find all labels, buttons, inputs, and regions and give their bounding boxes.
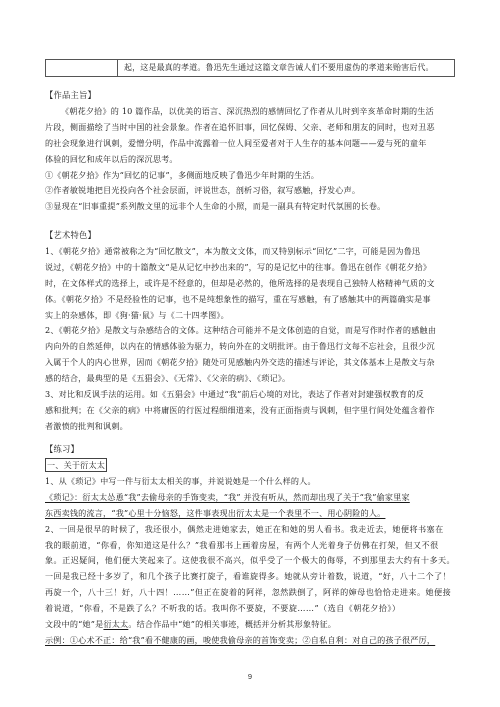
summary-table-row: 起，这是最真的孝道。鲁迅先生通过这篇文章告诫人们不要用虚伪的孝道来贻害后代。 (45, 59, 455, 77)
practice-a1-line-1: 《琐记》：衍太太怂恿“我”去偷母亲的手饰变卖，“我” 并没有听从，然而却出现了关… (45, 490, 457, 506)
art-item3-line-3: 者激愤的批判和讽刺。 (45, 419, 457, 435)
art-section: 【艺术特色】 1、《朝花夕拾》通常被称之为“回忆散文”，本为散文文体，而又特别标… (45, 228, 457, 435)
practice-excerpt-line-4: 一回是我已经十多岁了，和几个孩子比赛打旋子，看谁旋得多。她就从旁计着数，说道，“… (45, 569, 457, 585)
theme-line-1: 《朝花夕拾》的 10 篇作品，以优美的语言、深沉热烈的感情回忆了作者从儿时到辛亥… (45, 104, 457, 120)
practice-heading: 【练习】 (45, 442, 457, 458)
practice-excerpt-line-6: 着说道，“你看，不是跌了么？不听我的话。我叫你不要旋，不要旋……”（选自《朝花夕… (45, 601, 457, 617)
art-item2-line-1: 2、《朝花夕拾》是散文与杂感结合的文体。这种结合可能并不是文体创造的自觉，而是写… (45, 323, 457, 339)
art-item3-line-2: 感和批判；在《父亲的病》中将庸医的行医过程细细道来，没有正面指责与讽刺，但字里行… (45, 403, 457, 419)
practice-a1-line-2: 东西卖钱的流言，“我”心里十分恼怒，这件事表现出衍太太是一个表里不一、用心阴险的… (45, 506, 457, 522)
art-item2-line-4: 感的结合，最典型的是《五猖会》、《无常》、《父亲的病》、《琐记》。 (45, 371, 457, 387)
document-page: 起，这是最真的孝道。鲁迅先生通过这篇文章告诫人们不要用虚伪的孝道来贻害后代。 【… (0, 0, 500, 707)
practice-q2-suffix: 。结合作品中“她”的相关事迹，概括并分析其形象特征。 (128, 619, 336, 629)
practice-q1: 1、从《琐记》中写一件与衍太太相关的事，并说说她是一个什么样的人。 (45, 474, 457, 490)
theme-section: 【作品主旨】 《朝花夕拾》的 10 篇作品，以优美的语言、深沉热烈的感情回忆了作… (45, 88, 457, 215)
art-heading: 【艺术特色】 (45, 228, 457, 244)
theme-line-4: 体验的回忆和成年以后的深沉思考。 (45, 152, 457, 168)
table-cell-empty (46, 60, 118, 76)
theme-line-2: 片段，侧面描绘了当时中国的社会景象。作者在追怀旧事，回忆保姆、父亲、老师和朋友的… (45, 120, 457, 136)
theme-point-1: ①《朝花夕拾》作为“回忆的记事”，多侧面地反映了鲁迅少年时期的生活。 (45, 168, 457, 184)
art-item1-line-2: 说过，《朝花夕拾》中的十篇散文“是从记忆中抄出来的”，写的是记忆中的往事。鲁迅在… (45, 260, 457, 276)
practice-q2-blank-answer: 衍太太 (103, 619, 128, 629)
theme-line-3: 的社会现象进行讽刺，爱憎分明，作品中流露着一位人间至爱者对于人生存的基本问题——… (45, 136, 457, 152)
theme-heading: 【作品主旨】 (45, 88, 457, 104)
practice-excerpt-line-2: 我的眼前道，“你看，你知道这是什么？”我看那书上画着房屋，有两个人光着身子仿佛在… (45, 538, 457, 554)
page-number: 9 (0, 672, 500, 681)
practice-excerpt-line-3: 象。正迟疑间，他们便大笑起来了。这使我很不高兴，似乎受了一个极大的侮辱，不到那里… (45, 553, 457, 569)
practice-q2-answer: 示例：①心术不正：给“我”看不健康的画，唆使我偷母亲的首饰变卖；②自私自利：对自… (45, 633, 457, 649)
practice-excerpt-line-1: 2、一回是很早的时候了，我还很小，偶然走进她家去，她正在和她的男人看书。我走近去… (45, 522, 457, 538)
art-item1-line-4: 体。《朝花夕拾》不是经验性的记事，也不是纯想象性的描写，重在写感触，有了感触其中… (45, 292, 457, 308)
art-item2-line-2: 内向外的自然延伸，以内在的情感体验为驱力，转向外在的文明批评。由于鲁迅行文每不忘… (45, 339, 457, 355)
practice-q2-prefix: 文段中的“她”是 (45, 619, 103, 629)
theme-point-2: ②作者敏锐地把目光投向各个社会层面，评说世态，剖析习俗，叙写感触，抒发心声。 (45, 183, 457, 199)
practice-section-title: 一、关于衍太太 (45, 458, 107, 472)
art-item1-line-5: 实上的杂感体，即《狗·猫·鼠》与《二十四孝图》。 (45, 308, 457, 324)
table-cell-text: 起，这是最真的孝道。鲁迅先生通过这篇文章告诫人们不要用虚伪的孝道来贻害后代。 (118, 60, 454, 76)
art-item1-line-1: 1、《朝花夕拾》通常被称之为“回忆散文”，本为散文文体，而又特别标示“回忆”二字… (45, 244, 457, 260)
practice-q2-prompt: 文段中的“她”是衍太太。结合作品中“她”的相关事迹，概括并分析其形象特征。 (45, 617, 457, 633)
practice-excerpt-line-5: 再旋一个，八十三！好，八十四！……”但正在旋着的阿祥，忽然跌倒了，阿祥的婶母也恰… (45, 585, 457, 601)
theme-point-3: ③显现在“旧事重提”系列散文里的远非个人生命的小照，而是一副具有特定时代氛围的长… (45, 199, 457, 215)
art-item1-line-3: 时，在文体样式的选择上，或许是不经意的，但却是必然的，他所选择的是表现自己独特人… (45, 276, 457, 292)
art-item3-line-1: 3、对比和反讽手法的运用。如《五猖会》中通过“我”前后心境的对比，表达了作者对封… (45, 387, 457, 403)
art-item2-line-3: 入属于个人的内心世界，因而《朝花夕拾》随处可见感触内外交迭的描述与评论，其文体基… (45, 355, 457, 371)
practice-section: 【练习】 一、关于衍太太 1、从《琐记》中写一件与衍太太相关的事，并说说她是一个… (45, 442, 457, 649)
